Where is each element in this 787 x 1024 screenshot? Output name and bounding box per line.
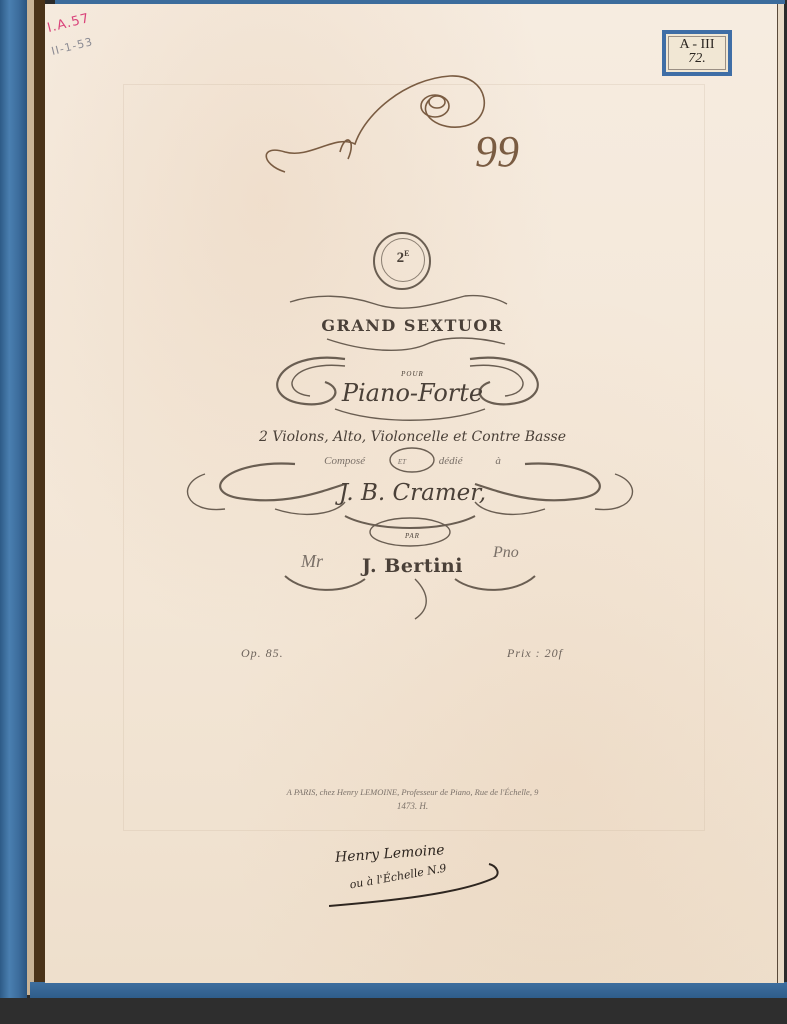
main-instrument: Piano-Forte (45, 379, 780, 407)
binding-inner-strip (27, 0, 34, 995)
price: Prix : 20f (507, 646, 563, 661)
dedie-text: dédié à (439, 455, 501, 467)
signature-underline (329, 856, 509, 916)
other-instruments: 2 Violons, Alto, Violoncelle et Contre B… (45, 429, 780, 445)
pour-text: POUR (45, 370, 780, 378)
title-page: I.A.57 II-1-53 A - III 72. (45, 4, 780, 983)
par-text: PAR (45, 532, 780, 540)
compose-dedication-line: Composé ET dédié à (45, 455, 780, 467)
compose-text: Composé (324, 455, 365, 467)
composer-suffix: Pno (493, 544, 519, 562)
publisher-imprint: A PARIS, chez Henry LEMOINE, Professeur … (45, 787, 780, 797)
scan-background (0, 998, 787, 1024)
work-title: GRAND SEXTUOR (45, 316, 780, 335)
ordinal: 2E (375, 249, 431, 267)
et-text: ET (398, 458, 406, 466)
composer-name: J. Bertini (45, 555, 780, 577)
page-gutter-shadow (34, 0, 45, 985)
opus-number: Op. 85. (241, 646, 284, 661)
binding-bottom-edge (30, 982, 787, 998)
plate-number: 1473. H. (45, 801, 780, 811)
binding-spine (0, 0, 27, 1010)
manuscript-number: 99 (475, 126, 519, 177)
dedicatee-name: J. B. Cramer, (45, 480, 780, 506)
